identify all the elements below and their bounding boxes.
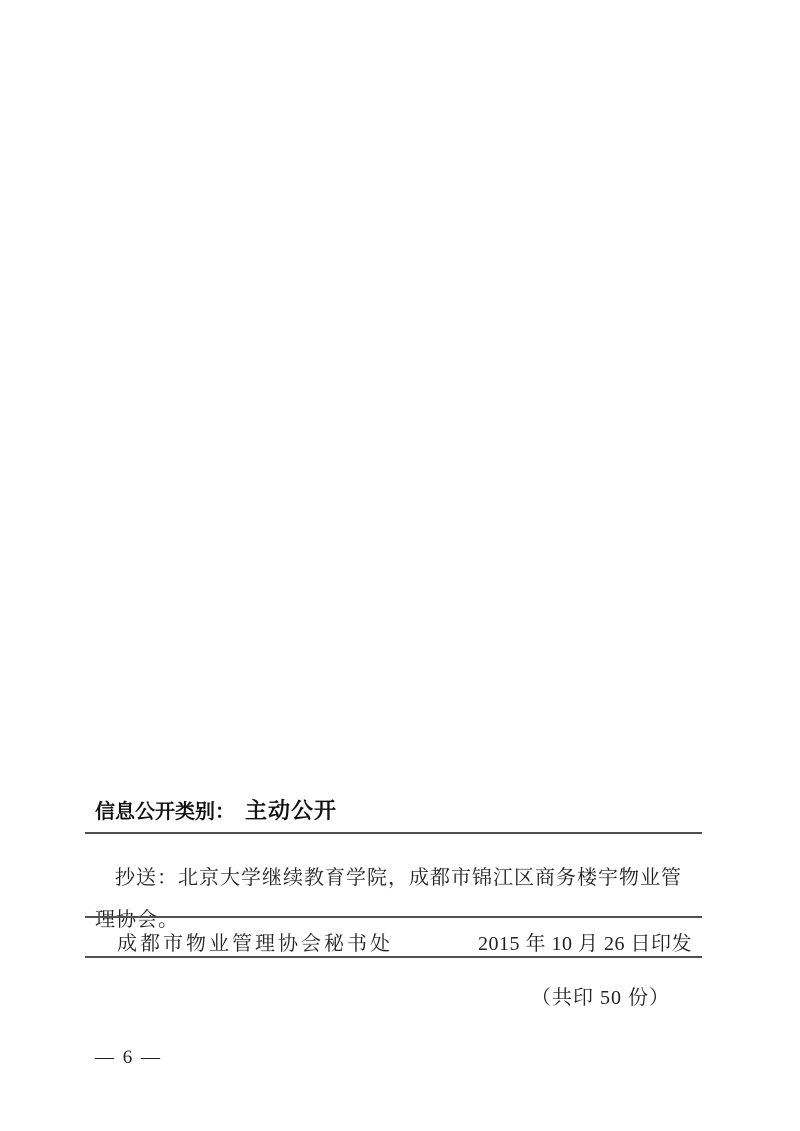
print-count: （共印 50 份） [531, 981, 670, 1010]
issuer-name: 成都市物业管理协会秘书处 [117, 927, 393, 956]
info-class-row: 信息公开类别： 主动公开 [95, 794, 337, 825]
separator-bottom [85, 956, 702, 958]
issue-date: 2015 年 10 月 26 日印发 [478, 927, 692, 956]
info-class-label: 信息公开类别： [95, 795, 235, 824]
document-page: 信息公开类别： 主动公开 抄送：北京大学继续教育学院，成都市锦江区商务楼宇物业管… [0, 0, 800, 1131]
separator-top [85, 832, 702, 834]
page-number: — 6 — [95, 1047, 162, 1069]
info-class-value: 主动公开 [245, 794, 337, 825]
separator-middle [85, 916, 702, 918]
